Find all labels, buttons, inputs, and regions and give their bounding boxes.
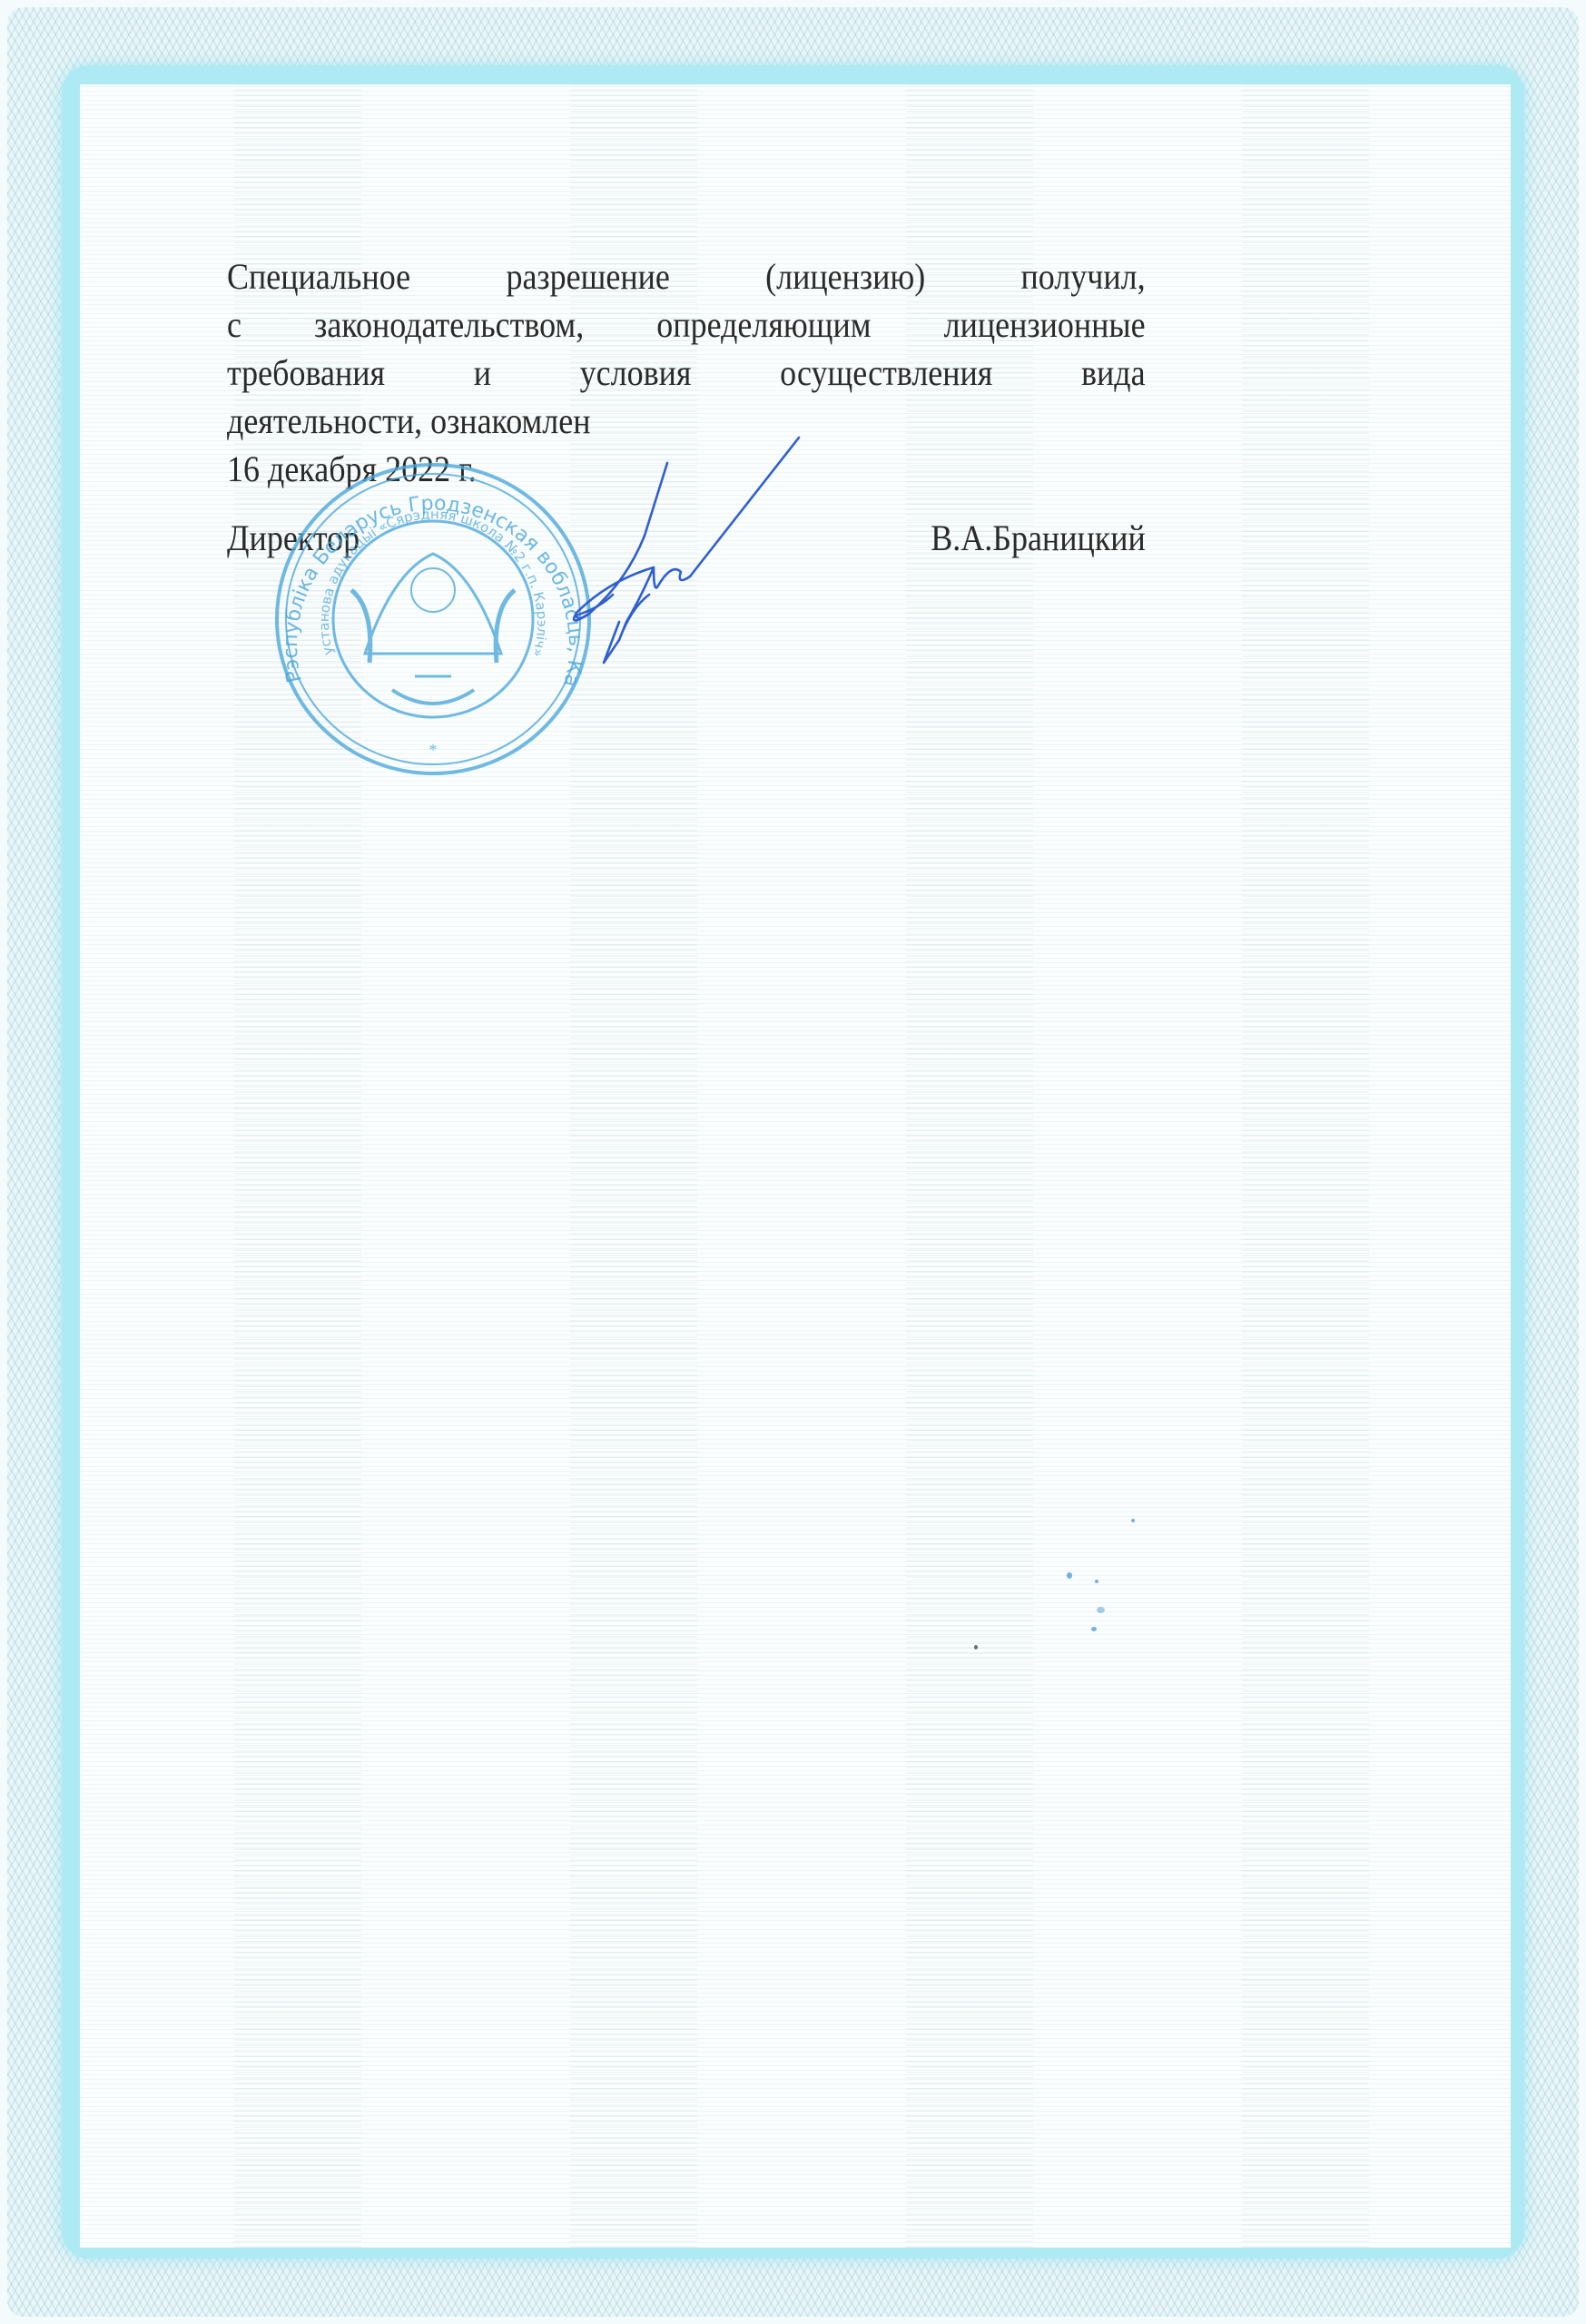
svg-text:*: *: [429, 741, 438, 759]
ink-speck: [974, 1645, 978, 1649]
ink-speck: [1067, 1572, 1072, 1579]
ink-speck: [1095, 1580, 1098, 1583]
watermark-pattern: [1242, 84, 1369, 2248]
paragraph-line: требования и условия осуществления вида: [227, 349, 1146, 397]
signature-icon: [381, 427, 890, 699]
paragraph-line: Специальное разрешение (лицензию) получи…: [227, 252, 1146, 300]
ink-speck: [1091, 1627, 1097, 1631]
signatory-name: В.А.Браницкий: [931, 514, 1146, 562]
ink-speck: [1131, 1519, 1135, 1522]
paragraph-line: с законодательством, определяющим лиценз…: [227, 300, 1146, 349]
ink-speck: [1097, 1607, 1105, 1613]
